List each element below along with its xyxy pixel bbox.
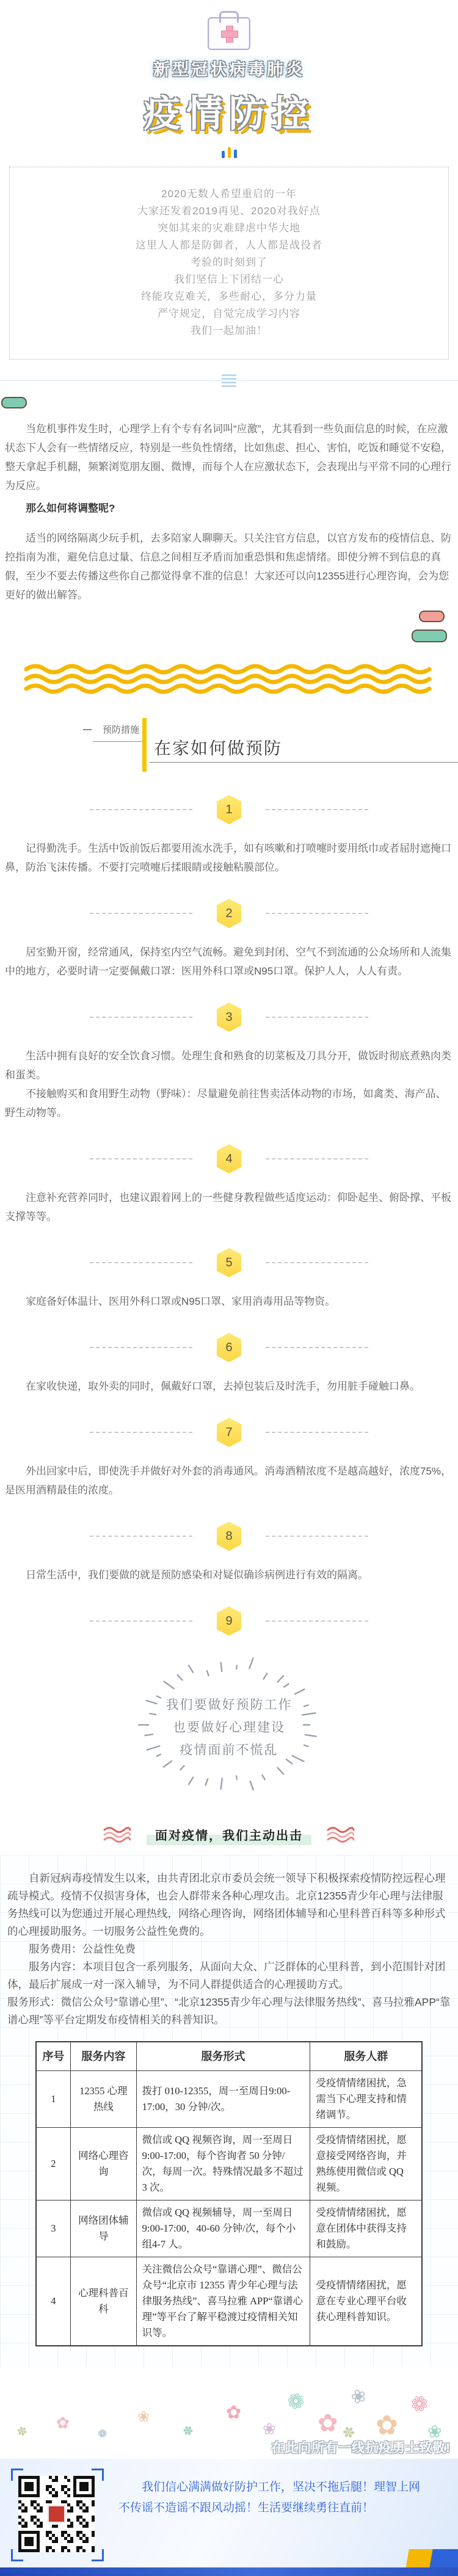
qr-code-image: [18, 2476, 95, 2552]
prevention-label: 预防措施: [93, 723, 144, 742]
prevention-heading: 在家如何做预防: [154, 735, 282, 760]
poem-line: 这里人人都是防御者，人人都是战役者: [16, 237, 442, 254]
flower-icon: ✿: [318, 2411, 338, 2436]
service-table: 序号 服务内容 服务形式 服务人群 1 12355 心理热线 拨打 010-12…: [35, 2041, 423, 2346]
red-wave-icon: [326, 1826, 355, 1844]
cell-audience: 受疫情情绪困扰，愿意在专业心理平台收获心理科普知识。: [310, 2257, 423, 2346]
poem-line: 严守规定，自觉完成学习内容: [16, 305, 442, 322]
header: 新型冠状病毒肺炎 疫情防控: [0, 0, 458, 158]
table-row: 2 网络心理咨询 微信或 QQ 视频咨询，周一至周日9:00-17:00，每个咨…: [36, 2128, 423, 2200]
col-header: 服务人群: [310, 2042, 423, 2071]
flower-icon: ❁: [96, 2427, 108, 2440]
action-heading: 面对疫情，我们主动出击: [147, 1824, 311, 1845]
prevention-item-text: 家庭备好体温计、医用外科口罩或N95口罩、家用消毒用品等物资。: [5, 1292, 453, 1311]
poem-line: 大家还发着2019再见、2020对我好点: [16, 203, 442, 220]
pink-pill-decoration: [419, 611, 445, 622]
item-number-row: 8: [0, 1522, 458, 1551]
flower-icon: ✿: [376, 2412, 398, 2439]
item-number-row: 4: [0, 1144, 458, 1174]
cell-form: 微信或 QQ 视频辅导，周一至周日9:00-17:00，40-60 分钟/次，每…: [136, 2200, 310, 2257]
corner-bracket-icon: [92, 2469, 104, 2481]
cell-service: 网络心理咨询: [71, 2128, 137, 2200]
cell-audience: 受疫情情绪困扰，愿意在团体中获得支持和鼓励。: [310, 2200, 423, 2257]
prevention-item-text: 生活中拥有良好的安全饮食习惯。处理生食和熟食的切菜板及刀具分开，做饭时彻底煮熟肉…: [5, 1047, 453, 1084]
item-number-row: 7: [0, 1418, 458, 1447]
col-header: 序号: [36, 2042, 71, 2071]
bars-decoration-icon: [0, 147, 458, 158]
service-paragraph: 自新冠病毒疫情发生以来，由共青团北京市委员会统一领导下积极探索疫情防控远程心理疏…: [7, 1870, 451, 1940]
number-badge: 1: [217, 795, 241, 824]
cell-form: 关注微信公众号“靠谱心理”、微信公众号“北京市 12355 青少年心理与法律服务…: [136, 2257, 310, 2346]
gold-swoosh-decoration: [366, 2549, 458, 2567]
cell-service: 网络团体辅导: [71, 2200, 137, 2257]
item-number-row: 1: [0, 795, 458, 824]
number-badge: 6: [217, 1333, 241, 1362]
cell-form: 微信或 QQ 视频咨询，周一至周日9:00-17:00，每个咨询者 50 分钟/…: [136, 2128, 310, 2200]
action-section-header: 面对疫情，我们主动出击: [0, 1824, 458, 1845]
prevention-item-text: 不接触购买和食用野生动物（野味）：尽量避免前往售卖活体动物的市场，如禽类、海产品…: [5, 1084, 453, 1122]
yellow-bar-decoration: [142, 718, 147, 772]
poem-line: 我们一起加油！: [16, 322, 442, 339]
item-number-row: 2: [0, 899, 458, 928]
corner-bracket-icon: [11, 2469, 23, 2481]
table-row: 4 心理科普百科 关注微信公众号“靠谱心理”、微信公众号“北京市 12355 青…: [36, 2257, 423, 2346]
service-info-section: 自新冠病毒疫情发生以来，由共青团北京市委员会统一领导下积极探索疫情防控远程心理疏…: [0, 1855, 458, 2367]
item-number-row: 3: [0, 1003, 458, 1032]
flower-icon: ❀: [263, 2421, 276, 2437]
flower-icon: ❀: [137, 2410, 150, 2425]
intro-question: 那么如何将调整呢?: [5, 499, 453, 518]
poem-line: 考验的时刻到了: [16, 254, 442, 271]
first-aid-kit-icon: [208, 17, 250, 50]
number-badge: 2: [217, 899, 241, 928]
page-subtitle: 新型冠状病毒肺炎: [0, 56, 458, 80]
number-badge: 5: [217, 1248, 241, 1277]
bottom-blue-bar: [0, 2567, 458, 2576]
cell-form: 拨打 010-12355，周一至周日9:00-17:00，30 分钟/次。: [136, 2071, 310, 2128]
prevention-item-text: 外出回家中后，即使洗手并做好对外套的消毒通风。消毒酒精浓度不是越高越好，浓度75…: [5, 1462, 453, 1500]
number-badge: 3: [217, 1003, 241, 1032]
prevention-section-header: 预防措施 在家如何做预防: [0, 718, 458, 773]
poem-line: 我们坚信上下团结一心: [16, 271, 442, 288]
service-form-line: 服务形式：微信公众号“靠谱心里”、“北京12355青少年心理与法律服务热线”、喜…: [7, 1994, 451, 2029]
burst-callout: 我们要做好预防工作 也要做好心理建设 疫情面前不慌乱: [119, 1650, 339, 1803]
corner-bracket-icon: [11, 2549, 23, 2561]
cell-index: 2: [36, 2128, 71, 2200]
flower-icon: ✽: [181, 2423, 196, 2439]
service-fee-line: 服务费用：公益性免费: [7, 1940, 451, 1958]
red-wave-icon: [103, 1826, 132, 1844]
col-header: 服务形式: [136, 2042, 310, 2071]
number-badge: 8: [217, 1522, 241, 1551]
prevention-item-text: 居室勤开窗，经常通风，保持室内空气流畅。避免到封闭、空气不到流通的公众场所和人流…: [5, 943, 453, 981]
cell-audience: 受疫情情绪困扰，愿意接受网络咨询，并熟练使用微信或 QQ 视频。: [310, 2128, 423, 2200]
yellow-waves-divider-icon: [21, 663, 437, 696]
cell-index: 1: [36, 2071, 71, 2128]
page-title: 疫情防控: [0, 85, 458, 137]
medical-cross-icon: [221, 26, 237, 42]
flower-icon: ❁: [407, 2392, 431, 2417]
burst-line: 疫情面前不慌乱: [180, 1740, 278, 1758]
col-header: 服务内容: [71, 2042, 137, 2071]
prevention-item-text: 在家收快递，取外卖的同时，佩戴好口罩，去掉包装后及时洗手，勿用脏手碰触口鼻。: [5, 1377, 453, 1396]
green-pill-decoration: [1, 397, 27, 408]
table-header-row: 序号 服务内容 服务形式 服务人群: [36, 2042, 423, 2071]
intro-quote-box: 2020无数人希望重启的一年 大家还发着2019再见、2020对我好点 突如其来…: [9, 167, 449, 360]
number-badge: 4: [217, 1144, 241, 1174]
cell-index: 3: [36, 2200, 71, 2257]
corner-bracket-icon: [92, 2549, 104, 2561]
flower-icon: ❀: [349, 2386, 369, 2408]
article-page: 新型冠状病毒肺炎 疫情防控 2020无数人希望重启的一年 大家还发着2019再见…: [0, 0, 458, 2576]
number-badge: 9: [217, 1606, 241, 1636]
section-divider: [0, 380, 458, 381]
footer-card: 我们信心满满做好防护工作，坚决不拖后腿！理智上网不传谣不造谣不跟风动摇！生活要继…: [0, 2459, 458, 2567]
cell-service: 12355 心理热线: [71, 2071, 137, 2128]
poem-line: 终能攻克难关，多些耐心，多分力量: [16, 288, 442, 305]
number-badge: 7: [217, 1418, 241, 1447]
tribute-text: 在此向所有一线抗疫勇士致敬!: [271, 2438, 451, 2456]
cell-service: 心理科普百科: [71, 2257, 137, 2346]
striped-square-icon: [222, 374, 236, 387]
flower-icon: ✽: [16, 2425, 29, 2439]
item-number-row: 9: [0, 1606, 458, 1636]
flower-icon: ✿: [226, 2404, 241, 2422]
teal-pill-decoration: [412, 629, 447, 642]
prevention-item-text: 日常生活中，我们要做的就是预防感染和对疑似确诊病例进行有效的隔离。: [5, 1566, 453, 1584]
intro-paragraph-1: 当危机事件发生时，心理学上有个专有名词叫“应激”，尤其看到一些负面信息的时候，在…: [5, 419, 453, 495]
table-row: 1 12355 心理热线 拨打 010-12355，周一至周日9:00-17:0…: [36, 2071, 423, 2128]
burst-line: 也要做好心理建设: [173, 1718, 285, 1736]
flower-icon: ❁: [285, 2390, 307, 2414]
burst-line: 我们要做好预防工作: [166, 1695, 293, 1713]
item-number-row: 5: [0, 1248, 458, 1277]
qr-code: [11, 2469, 104, 2561]
service-content-line: 服务内容：本项目包含一系列服务，从面向大众、广泛群体的心里科普，到小范围针对团体…: [7, 1958, 451, 1994]
flower-icon: ✿: [56, 2415, 70, 2431]
prevention-item-text: 记得勤洗手。生活中饭前饭后都要用流水洗手，如有咳嗽和打喷嚏时要用纸巾或者屈肘遮掩…: [5, 839, 453, 877]
intro-paragraph-2: 适当的网络隔离少玩手机，去多陪家人聊聊天。只关注官方信息，以官方发布的疫情信息、…: [5, 529, 453, 604]
heading-rule: [150, 762, 458, 763]
flowers-decoration: ✽ ✿ ❁ ❀ ✽ ✿ ❀ ❁ ✿ ❀ ✿ ❁ ❀ ✽ 在此向所有一线抗疫勇士致…: [0, 2367, 458, 2459]
prevention-item-text: 注意补充营养同时，也建议跟着网上的一些健身教程做些适度运动：仰卧起坐、俯卧撑、平…: [5, 1188, 453, 1226]
cell-index: 4: [36, 2257, 71, 2346]
cell-audience: 受疫情情绪困扰，急需当下心理支持和情绪调节。: [310, 2071, 423, 2128]
poem-line: 2020无数人希望重启的一年: [16, 186, 442, 203]
table-row: 3 网络团体辅导 微信或 QQ 视频辅导，周一至周日9:00-17:00，40-…: [36, 2200, 423, 2257]
item-number-row: 6: [0, 1333, 458, 1362]
poem-line: 突如其来的灾难肆虐中华大地: [16, 220, 442, 237]
